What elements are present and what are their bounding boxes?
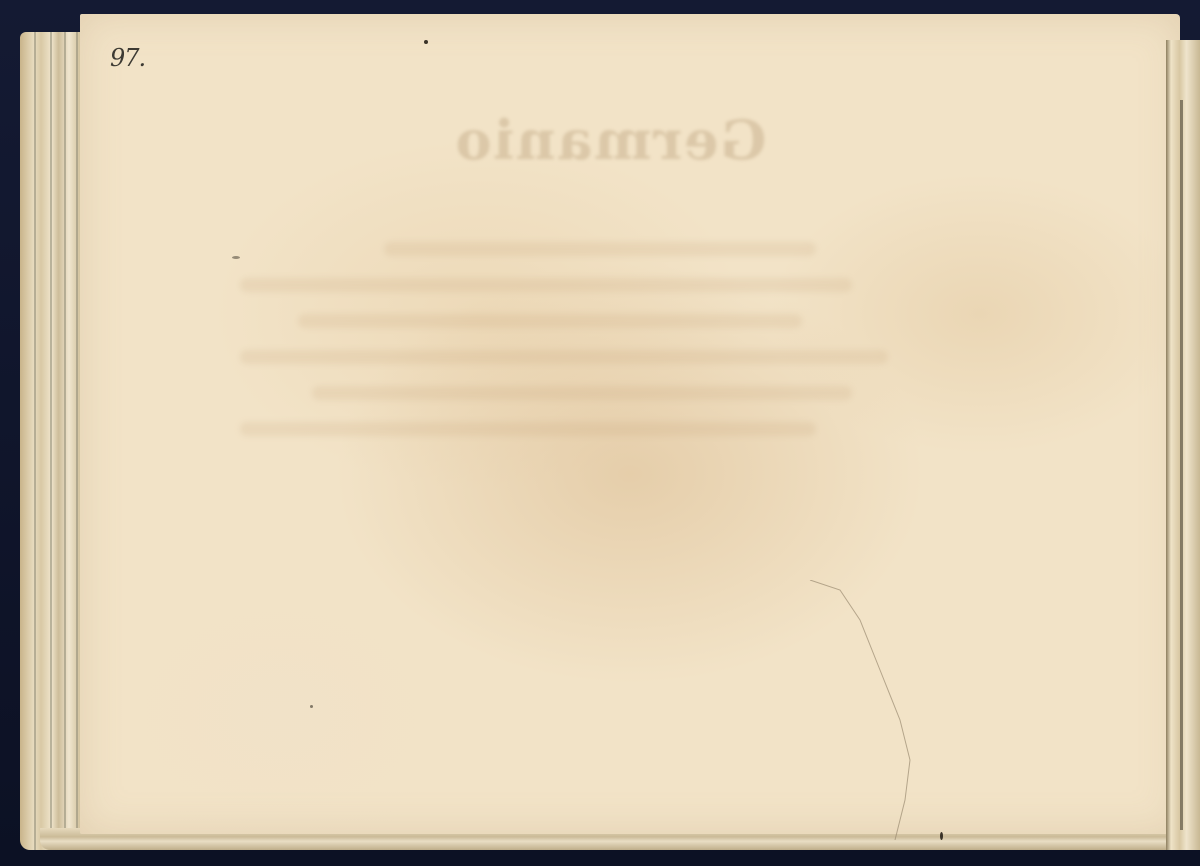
page-edge <box>76 32 78 850</box>
right-page-edge <box>1166 40 1200 850</box>
binding-line <box>1180 100 1183 830</box>
paper-crack <box>800 580 920 840</box>
ghost-line <box>312 386 852 400</box>
ghost-line <box>240 278 852 292</box>
page-edge <box>64 32 66 850</box>
ink-spot <box>940 832 943 840</box>
bleed-through-text-lines <box>240 220 960 458</box>
ghost-line <box>384 242 816 256</box>
ink-spot <box>310 705 313 708</box>
page-edge <box>50 32 52 850</box>
ink-spot <box>232 256 240 259</box>
ghost-line <box>298 314 802 328</box>
ghost-line <box>240 422 816 436</box>
ink-spot <box>424 40 428 44</box>
ghost-line <box>240 350 888 364</box>
bleed-through-heading: Germanio <box>300 108 920 172</box>
folio-number: 97. <box>110 44 145 72</box>
page-edge <box>34 32 36 850</box>
